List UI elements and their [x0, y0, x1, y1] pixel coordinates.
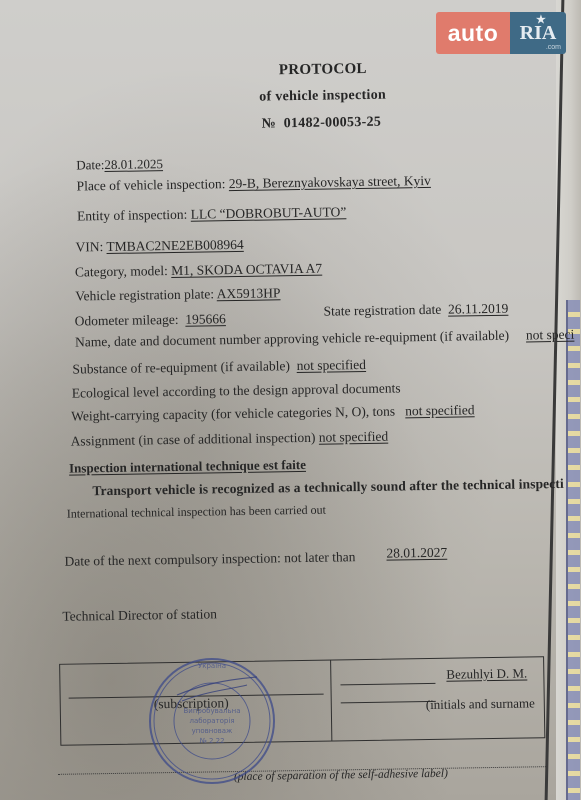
signatory-name: Bezuhlyi D. M. — [446, 665, 527, 682]
svg-text:уповноваж: уповноваж — [192, 727, 233, 735]
svg-text:лабораторія: лабораторія — [189, 717, 234, 725]
logo-auto: auto — [436, 12, 510, 54]
odometer-value: 195666 — [185, 311, 226, 327]
number-sign: № — [262, 116, 277, 131]
weight-capacity-value: not specified — [405, 402, 475, 418]
logo-dotcom: .com — [546, 44, 561, 51]
next-inspection-date: 28.01.2027 — [386, 545, 447, 562]
place-row: Place of vehicle inspection: 29-B, Berez… — [76, 173, 430, 195]
category-label: Category, model: — [75, 263, 168, 279]
vin-row: VIN: TMBAC2NE2EB008964 — [75, 237, 243, 256]
category-value: M1, SKODA OCTAVIA A7 — [171, 261, 322, 278]
date-value: 28.01.2025 — [104, 156, 163, 172]
plate-row: Vehicle registration plate: AX5913HP — [75, 285, 280, 304]
protocol-document: PROTOCOL of vehicle inspection № 01482-0… — [0, 0, 562, 800]
cover-ornamental-border — [566, 300, 580, 800]
weight-capacity-label: Weight-carrying capacity (for vehicle ca… — [71, 404, 395, 424]
result-statement: Transport vehicle is recognized as a tec… — [92, 476, 564, 499]
assignment-label: Assignment (in case of additional inspec… — [70, 430, 315, 449]
document-title: PROTOCOL — [279, 61, 367, 79]
protocol-number: 01482-00053-25 — [284, 115, 382, 132]
initials-label: (initials and surname — [426, 695, 535, 713]
result-note: International technical inspection has b… — [67, 503, 326, 522]
document-number: № 01482-00053-25 — [262, 115, 382, 133]
state-registration-value: 26.11.2019 — [448, 301, 508, 317]
vin-value: TMBAC2NE2EB008964 — [106, 237, 243, 254]
odometer-row: Odometer mileage: 195666 — [75, 311, 226, 329]
signature-box: (subscription) Bezuhlyi D. M. (initials … — [59, 656, 545, 746]
entity-row: Entity of inspection: LLC “DOBROBUT-AUTO… — [77, 204, 346, 224]
document-subtitle: of vehicle inspection — [259, 88, 386, 106]
signature-box-divider — [330, 661, 332, 741]
state-registration-label: State registration date — [323, 302, 441, 319]
reequipment-substance-row: Substance of re-equipment (if available)… — [72, 357, 366, 378]
autoria-watermark: auto ★ RIA .com — [436, 12, 566, 54]
plate-value: AX5913HP — [217, 285, 281, 301]
place-value: 29-B, Bereznyakovskaya street, Kyiv — [229, 173, 431, 191]
entity-label: Entity of inspection: — [77, 207, 187, 224]
plate-label: Vehicle registration plate: — [75, 286, 214, 303]
stamp-inner-line-1: Випробувальна — [184, 707, 241, 715]
signature-line-right — [340, 683, 435, 685]
technical-director-label: Technical Director of station — [62, 606, 217, 624]
assignment-row: Assignment (in case of additional inspec… — [70, 429, 388, 450]
logo-ria: ★ RIA .com — [510, 12, 566, 54]
result-heading: Inspection international technique est f… — [69, 457, 306, 477]
reequipment-document-value: not speci — [526, 327, 575, 343]
next-inspection-label: Date of the next compulsory inspection: … — [64, 549, 355, 570]
reequipment-document-row: Name, date and document number approving… — [75, 327, 575, 351]
entity-value: LLC “DOBROBUT-AUTO” — [191, 204, 347, 221]
svg-text:Україна: Україна — [198, 662, 226, 670]
star-icon: ★ — [536, 13, 546, 26]
category-row: Category, model: M1, SKODA OCTAVIA A7 — [75, 261, 322, 281]
date-label: Date: — [76, 157, 104, 172]
reequipment-substance-label: Substance of re-equipment (if available) — [72, 358, 290, 376]
place-label: Place of vehicle inspection: — [76, 176, 225, 193]
assignment-value: not specified — [319, 429, 389, 445]
reequipment-document-label: Name, date and document number approving… — [75, 328, 509, 350]
reequipment-substance-value: not specified — [297, 357, 367, 373]
company-stamp: Україна Випробувальна лабораторія уповно… — [147, 655, 277, 787]
odometer-label: Odometer mileage: — [75, 312, 179, 329]
svg-text:№ 2 22: № 2 22 — [199, 737, 224, 745]
date-row: Date:28.01.2025 — [76, 156, 163, 173]
ecological-level-label: Ecological level according to the design… — [72, 380, 401, 401]
state-registration-row: State registration date 26.11.2019 — [323, 301, 508, 320]
initials-line — [341, 701, 436, 703]
vin-label: VIN: — [75, 239, 103, 254]
weight-capacity-row: Weight-carrying capacity (for vehicle ca… — [71, 402, 475, 424]
